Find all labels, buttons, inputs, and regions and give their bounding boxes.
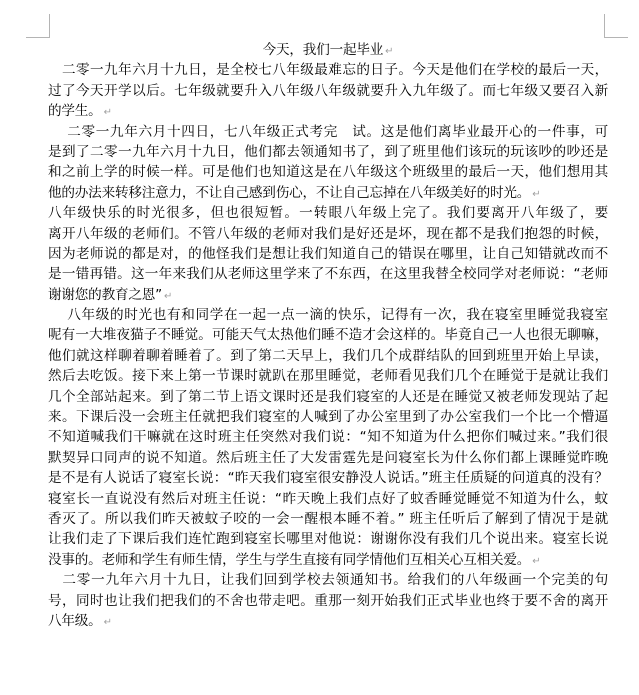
text-line: 和之前上学的时候一样。可是他们也知道这是在八年级这个班级里的最后一天，他们想用其 (48, 162, 608, 182)
text-line: 谢谢您的教育之恩”↵ (48, 285, 608, 305)
text-line: 是到了二零一九年六月十九日，他们都去领通知书了，到了班里他们该玩的玩该吵的吵还是 (48, 142, 608, 162)
page-corner-mark-top-left (26, 14, 50, 38)
text-line: 寝室长一直说没有然后对班主任说：“昨天晚上我们点好了蚊香睡觉睡觉不知道为什么，蚊 (48, 489, 608, 509)
text-line: 香灭了。所以我们昨天被蚊子咬的一会一醒根本睡不着。” 班主任听后了解到了情况于是… (48, 509, 608, 529)
text-line: 来。下课后没一会班主任就把我们寝室的人喊到了办公室里到了办公室我们一个比一个懵逼 (48, 407, 608, 427)
paragraph-3: 八年级快乐的时光很多，但也很短暂。一转眼八年级上完了。我们要离开八年级了，要 离… (48, 203, 608, 305)
text-line: 过了今天开学以后。七年级就要升入八年级八年级就要升入九年级了。而七年级又要召入新 (48, 81, 608, 101)
text-line: 默契异口同声的说不知道。然后班主任了大发雷霆先是问寝室长为什么你们都上课睡觉昨晚 (48, 448, 608, 468)
text-line: 二零一九年六月十九日，让我们回到学校去领通知书。给我们的八年级画一个完美的句 (48, 570, 608, 590)
text-line: 几个全部站起来。到了第二节上语文课时还是我们寝室的人还是在睡觉又被老师发现站了起 (48, 387, 608, 407)
text-line: 不知道喊我们干嘛就在这时班主任突然对我们说：“知不知道为什么把你们喊过来。”我们… (48, 427, 608, 447)
text-line: 让我们走了下课后我们连忙跑到寝室长哪里对他说：谢谢你没有我们几个说出来。寝室长说 (48, 529, 608, 549)
paragraph-mark-icon: ↵ (164, 291, 172, 302)
text-line: 他们就这样聊着聊着睡着了。到了第二天早上，我们几个成群结队的回到班里开始上早读， (48, 346, 608, 366)
text-line: 离开八年级的老师们。不管八年级的老师对我们是好还是坏，现在都不是我们抱怨的时候， (48, 224, 608, 244)
text-line: 呢有一大堆夜猫子不睡觉。可能天气太热他们睡不造才会这样的。毕竟自己一人也很无聊嘛… (48, 325, 608, 345)
paragraph-mark-icon: ↵ (104, 107, 112, 118)
text-line: 然后去吃饭。接下来上第一节课时就趴在那里睡觉，老师看见我们几个在睡觉于是就让我们 (48, 366, 608, 386)
paragraph-1: 二零一九年六月十九日，是全校七八年级最难忘的日子。今天是他们在学校的最后一天， … (48, 60, 608, 121)
text-line: 八年级的时光也有和同学在一起一点一滴的快乐，记得有一次，我在寝室里睡觉我寝室 (48, 305, 608, 325)
text-line: 因为老师说的都是对，的他怪我们是想让我们知道自己的错误在哪里，让自己知错就改而不 (48, 244, 608, 264)
paragraph-2: 二零一九年六月十四日，七八年级正式考完 试。这是他们离毕业最开心的一件事，可 是… (48, 122, 608, 204)
paragraph-5: 二零一九年六月十九日，让我们回到学校去领通知书。给我们的八年级画一个完美的句 号… (48, 570, 608, 631)
page-corner-mark-top-right (604, 14, 628, 38)
text-line: 八年级。↵ (48, 611, 608, 631)
title-text: 今天，我们一起毕业 (263, 42, 384, 58)
text-line-content: 谢谢您的教育之恩” (48, 287, 162, 303)
paragraph-mark-icon: ↵ (532, 189, 540, 200)
text-line: 是一错再错。这一年来我们从老师这里学来了不东西，在这里我替全校同学对老师说：“老… (48, 264, 608, 284)
text-line-content: 没事的。老师和学生有师生情，学生与学生直接有同学情他们互相关心互相关爱。 (48, 552, 530, 568)
paragraph-4: 八年级的时光也有和同学在一起一点一滴的快乐，记得有一次，我在寝室里睡觉我寝室 呢… (48, 305, 608, 570)
text-line: 二零一九年六月十四日，七八年级正式考完 试。这是他们离毕业最开心的一件事，可 (48, 122, 608, 142)
text-line: 号，同时也让我们把我们的不舍也带走吧。重那一刻开始我们正式毕业也终于要不舍的离开 (48, 591, 608, 611)
text-line: 他的办法来转移注意力，不让自己感到伤心，不让自己忘掉在八年级美好的时光。↵ (48, 183, 608, 203)
paragraph-mark-icon: ↵ (532, 556, 540, 567)
document-body[interactable]: 今天，我们一起毕业↵ 二零一九年六月十九日，是全校七八年级最难忘的日子。今天是他… (48, 40, 608, 631)
text-line: 二零一九年六月十九日，是全校七八年级最难忘的日子。今天是他们在学校的最后一天， (48, 60, 608, 80)
text-line: 没事的。老师和学生有师生情，学生与学生直接有同学情他们互相关心互相关爱。↵ (48, 550, 608, 570)
text-line: 的学生。↵ (48, 101, 608, 121)
text-line-content: 他的办法来转移注意力，不让自己感到伤心，不让自己忘掉在八年级美好的时光。 (48, 185, 530, 201)
paragraph-mark-icon: ↵ (104, 617, 112, 628)
text-line-content: 的学生。 (48, 103, 102, 119)
text-line: 八年级快乐的时光很多，但也很短暂。一转眼八年级上完了。我们要离开八年级了，要 (48, 203, 608, 223)
paragraph-mark-icon: ↵ (385, 46, 393, 57)
text-line: 是不是有人说话了寝室长说：“昨天我们寝室很安静没人说话。”班主任质疑的问道真的没… (48, 468, 608, 488)
document-title: 今天，我们一起毕业↵ (48, 40, 608, 60)
text-line-content: 八年级。 (48, 613, 102, 629)
